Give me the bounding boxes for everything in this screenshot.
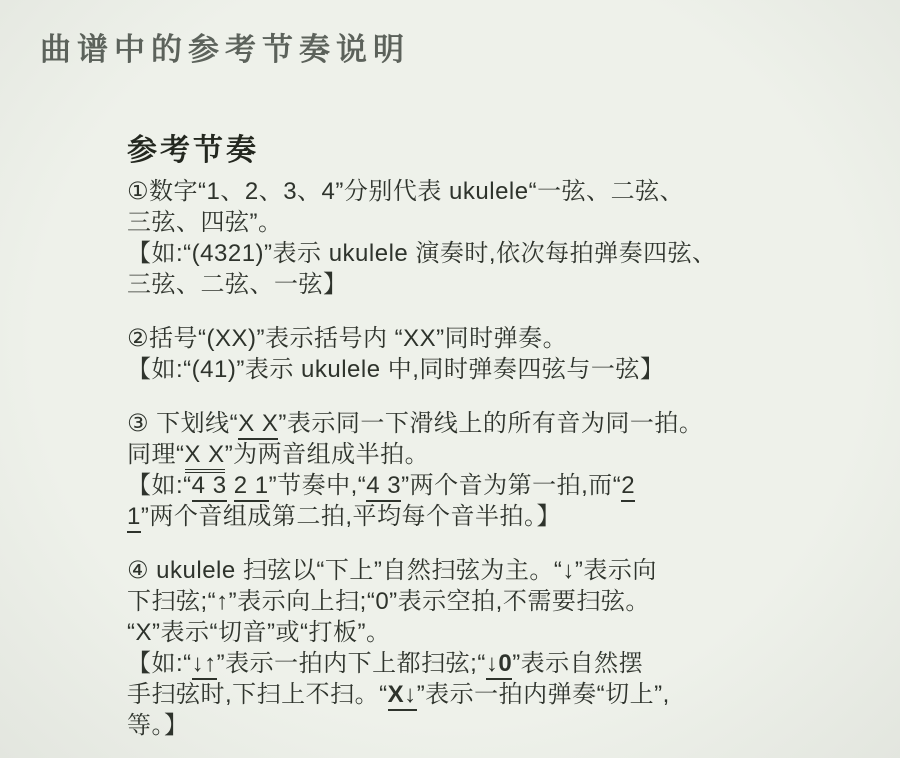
underlined-notation: 2 1 (234, 472, 269, 502)
text-segment: ”表示自然摆 (512, 650, 643, 677)
text-segment: ”表示同一下滑线上的所有音为同一拍。 (278, 410, 703, 437)
text-segment: ”两个音组成第二拍,平均每个音半拍。】 (141, 503, 561, 530)
text-line: “X”表示“切音”或“打板”。 (127, 617, 892, 648)
underlined-notation: X↓ (388, 681, 417, 711)
paragraph: ③ 下划线“X X”表示同一下滑线上的所有音为同一拍。同理“X X”为两音组成半… (127, 408, 892, 532)
text-line: ④ ukulele 扫弦以“下上”自然扫弦为主。“↓”表示向 (127, 555, 892, 586)
document-body: 参考节奏 ①数字“1、2、3、4”分别代表 ukulele“一弦、二弦、三弦、四… (127, 132, 892, 741)
paragraph: ④ ukulele 扫弦以“下上”自然扫弦为主。“↓”表示向下扫弦;“↑”表示向… (127, 555, 892, 741)
text-segment: “X”表示“切音”或“打板”。 (127, 619, 390, 646)
photographed-document-page: { "page": { "colors": { "background": "#… (0, 0, 900, 758)
text-line: 同理“X X”为两音组成半拍。 (127, 439, 892, 470)
section-heading: 参考节奏 (127, 132, 892, 170)
text-segment: ”表示一拍内下上都扫弦;“ (217, 650, 486, 677)
underlined-notation: ↓0 (486, 650, 512, 680)
underlined-notation: 1 (127, 503, 141, 533)
underlined-notation: 4 3 (366, 472, 401, 502)
text-line: 【如:“↓↑”表示一拍内下上都扫弦;“↓0”表示自然摆 (127, 648, 892, 679)
underlined-notation: 4 3 (192, 472, 227, 502)
text-segment: 同理“ (127, 441, 185, 468)
underlined-notation: X X (185, 441, 225, 473)
text-line: 等。】 (127, 710, 892, 741)
underlined-notation: 2 (621, 472, 635, 502)
text-segment: 三弦、二弦、一弦】 (127, 271, 348, 298)
text-segment: 【如:“ (127, 650, 192, 677)
text-line: ③ 下划线“X X”表示同一下滑线上的所有音为同一拍。 (127, 408, 892, 439)
text-segment: ↓ (562, 557, 575, 584)
text-line: 1”两个音组成第二拍,平均每个音半拍。】 (127, 501, 892, 532)
text-line: ②括号“(XX)”表示括号内 “XX”同时弹奏。 (127, 323, 892, 354)
underlined-notation: X X (238, 410, 278, 440)
text-segment (227, 472, 234, 499)
text-line: 【如:“4 3 2 1”节奏中,“4 3”两个音为第一拍,而“2 (127, 470, 892, 501)
text-segment: 下扫弦;“ (127, 588, 216, 615)
text-segment: ”表示向上扫;“0”表示空拍,不需要扫弦。 (229, 588, 650, 615)
text-segment: ①数字“1、2、3、4”分别代表 ukulele“一弦、二弦、 (127, 178, 684, 205)
text-segment: 【如:“(4321)”表示 ukulele 演奏时,依次每拍弹奏四弦、 (127, 240, 717, 267)
text-line: 【如:“(41)”表示 ukulele 中,同时弹奏四弦与一弦】 (127, 354, 892, 385)
text-segment: ”两个音为第一拍,而“ (401, 472, 621, 499)
underlined-notation: ↓↑ (192, 650, 217, 680)
text-line: 下扫弦;“↑”表示向上扫;“0”表示空拍,不需要扫弦。 (127, 586, 892, 617)
paragraphs: ①数字“1、2、3、4”分别代表 ukulele“一弦、二弦、三弦、四弦”。【如… (127, 176, 892, 741)
text-segment: 【如:“ (127, 472, 192, 499)
text-line: 【如:“(4321)”表示 ukulele 演奏时,依次每拍弹奏四弦、 (127, 238, 892, 269)
paragraph: ②括号“(XX)”表示括号内 “XX”同时弹奏。【如:“(41)”表示 ukul… (127, 323, 892, 385)
page-title: 曲谱中的参考节奏说明 (40, 24, 410, 69)
text-segment: ④ ukulele 扫弦以“下上”自然扫弦为主。“ (127, 557, 562, 584)
text-line: 三弦、二弦、一弦】 (127, 269, 892, 300)
text-segment: ②括号“(XX)”表示括号内 “XX”同时弹奏。 (127, 325, 567, 352)
text-segment: 三弦、四弦”。 (127, 209, 283, 236)
text-line: ①数字“1、2、3、4”分别代表 ukulele“一弦、二弦、 (127, 176, 892, 207)
text-segment: 手扫弦时,下扫上不扫。“ (127, 681, 388, 708)
text-segment: 等。】 (127, 712, 189, 739)
text-segment: ↑ (216, 588, 229, 615)
text-segment: ”节奏中,“ (269, 472, 367, 499)
text-segment: ”为两音组成半拍。 (225, 441, 430, 468)
text-segment: ③ 下划线“ (127, 410, 238, 437)
text-segment: ”表示一拍内弹奏“切上”, (417, 681, 670, 708)
text-line: 手扫弦时,下扫上不扫。“X↓”表示一拍内弹奏“切上”, (127, 679, 892, 710)
paragraph: ①数字“1、2、3、4”分别代表 ukulele“一弦、二弦、三弦、四弦”。【如… (127, 176, 892, 300)
text-line: 三弦、四弦”。 (127, 207, 892, 238)
text-segment: ”表示向 (575, 557, 657, 584)
text-segment: 【如:“(41)”表示 ukulele 中,同时弹奏四弦与一弦】 (127, 356, 664, 383)
